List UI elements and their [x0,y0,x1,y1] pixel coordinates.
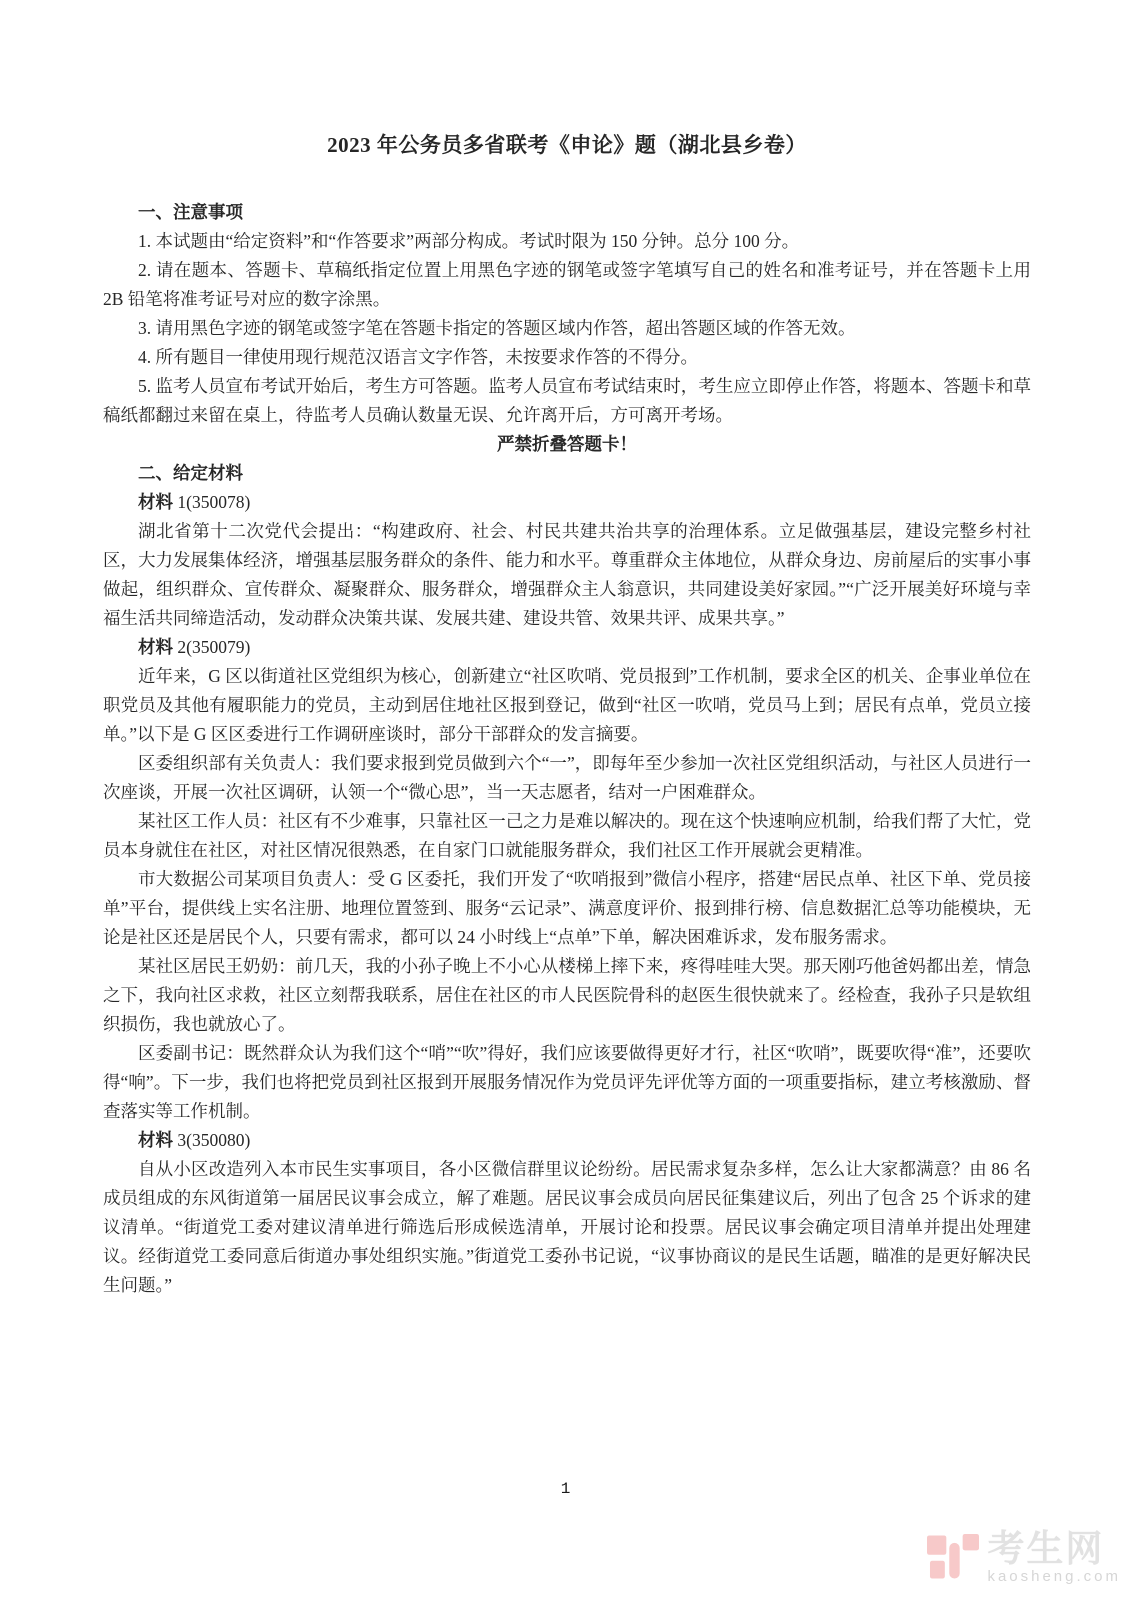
material-1-number: 1 [173,492,186,512]
notice-item-3: 3. 请用黑色字迹的钢笔或签字笔在答题卡指定的答题区域内作答，超出答题区域的作答… [103,314,1031,343]
material-2-paragraph-3: 某社区工作人员：社区有不少难事，只靠社区一己之力是难以解决的。现在这个快速响应机… [103,807,1031,865]
watermark: 考生网 kaosheng.com [927,1526,1121,1588]
notice-item-5: 5. 监考人员宣布考试开始后，考生方可答题。监考人员宣布考试结束时，考生应立即停… [103,372,1031,430]
material-1-heading: 材料 1(350078) [103,488,1031,517]
material-2-label: 材料 [138,637,173,657]
material-2-paragraph-5: 某社区居民王奶奶：前几天，我的小孙子晚上不小心从楼梯上摔下来，疼得哇哇大哭。那天… [103,952,1031,1039]
material-1-code: (350078) [186,492,250,512]
notice-section-heading: 一、注意事项 [103,198,1031,227]
kaosheng-logo-icon [927,1526,979,1588]
page-title: 2023 年公务员多省联考《申论》题（湖北县乡卷） [103,130,1031,161]
material-3-number: 3 [173,1130,186,1150]
materials-section-heading: 二、给定材料 [103,459,1031,488]
notice-item-2: 2. 请在题本、答题卡、草稿纸指定位置上用黑色字迹的钢笔或签字笔填写自己的姓名和… [103,256,1031,314]
material-3-paragraph-1: 自从小区改造列入本市民生实事项目，各小区微信群里议论纷纷。居民需求复杂多样，怎么… [103,1155,1031,1300]
notice-item-4: 4. 所有题目一律使用现行规范汉语言文字作答，未按要求作答的不得分。 [103,343,1031,372]
material-1-label: 材料 [138,492,173,512]
warning-text: 严禁折叠答题卡！ [103,430,1031,459]
material-2-paragraph-6: 区委副书记：既然群众认为我们这个“哨”“吹”得好，我们应该要做得更好才行，社区“… [103,1039,1031,1126]
material-3-code: (350080) [186,1130,250,1150]
page-number: 1 [0,1480,1131,1498]
exam-paper-page: 2023 年公务员多省联考《申论》题（湖北县乡卷） 一、注意事项 1. 本试题由… [0,0,1131,1600]
watermark-domain: kaosheng.com [987,1569,1121,1584]
material-1-paragraph-1: 湖北省第十二次党代会提出：“构建政府、社会、村民共建共治共享的治理体系。立足做强… [103,517,1031,633]
material-3-label: 材料 [138,1130,173,1150]
material-3-heading: 材料 3(350080) [103,1126,1031,1155]
notice-item-1: 1. 本试题由“给定资料”和“作答要求”两部分构成。考试时限为 150 分钟。总… [103,227,1031,256]
material-2-paragraph-4: 市大数据公司某项目负责人：受 G 区委托，我们开发了“吹哨报到”微信小程序，搭建… [103,865,1031,952]
document-content: 2023 年公务员多省联考《申论》题（湖北县乡卷） 一、注意事项 1. 本试题由… [103,130,1031,1300]
watermark-text: 考生网 kaosheng.com [987,1530,1121,1584]
material-2-heading: 材料 2(350079) [103,633,1031,662]
watermark-brand: 考生网 [987,1530,1121,1567]
material-2-number: 2 [173,637,186,657]
material-2-code: (350079) [186,637,250,657]
material-2-paragraph-2: 区委组织部有关负责人：我们要求报到党员做到六个“一”，即每年至少参加一次社区党组… [103,749,1031,807]
material-2-paragraph-1: 近年来，G 区以街道社区党组织为核心，创新建立“社区吹哨、党员报到”工作机制，要… [103,662,1031,749]
